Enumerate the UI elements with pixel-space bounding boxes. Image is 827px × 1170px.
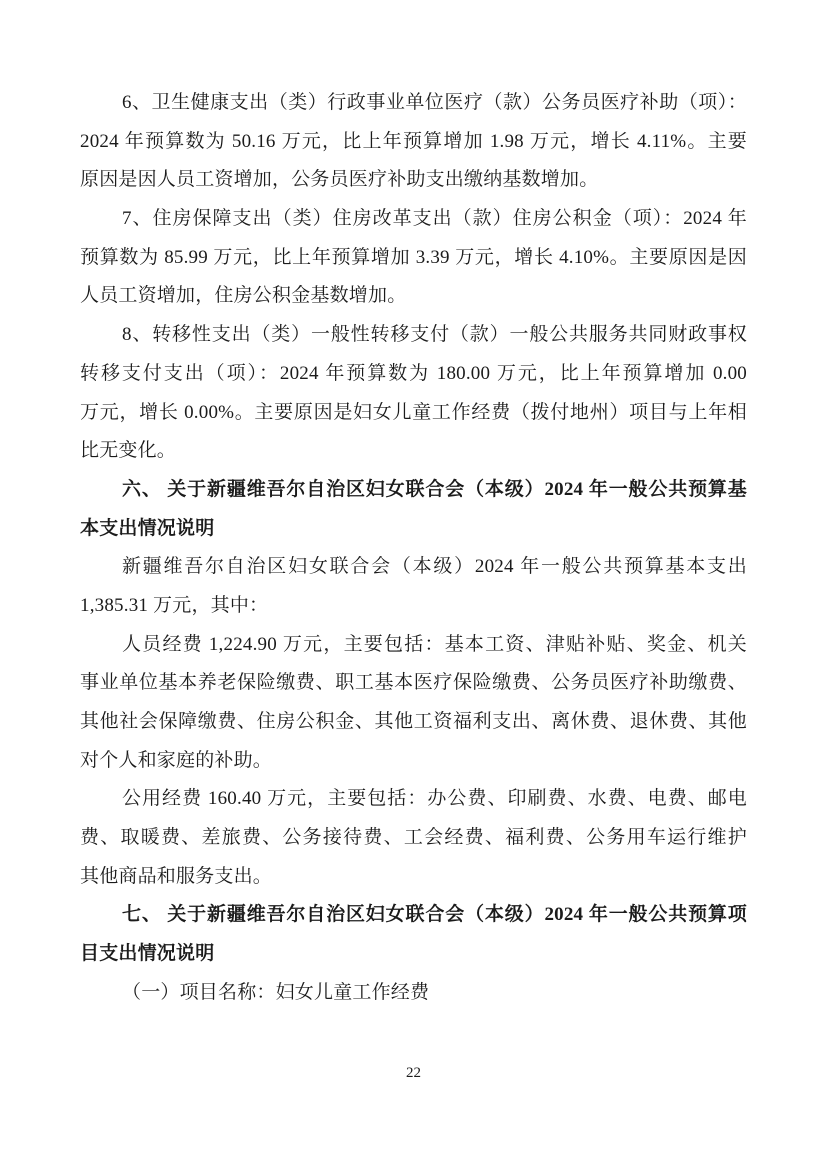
para-public-funds: 公用经费 160.40 万元，主要包括：办公费、印刷费、水费、电费、邮电费、取暖… xyxy=(80,780,747,896)
text-line: 1,385.31 万元，其中： xyxy=(80,587,747,626)
para-6-health-expenditure: 6、卫生健康支出（类）行政事业单位医疗（款）公务员医疗补助（项）：2024 年预… xyxy=(80,84,747,200)
heading-section-7-project-expenditure: 七、 关于新疆维吾尔自治区妇女联合会（本级）2024 年一般公共预算项目支出情况… xyxy=(80,896,747,973)
para-7-housing-expenditure: 7、住房保障支出（类）住房改革支出（款）住房公积金（项）：2024 年预算数为 … xyxy=(80,200,747,316)
text-line: 转移支付支出（项）：2024 年预算数为 180.00 万元，比上年预算增加 0… xyxy=(80,355,747,394)
text-line: 目支出情况说明 xyxy=(80,935,747,974)
para-basic-expenditure-total: 新疆维吾尔自治区妇女联合会（本级）2024 年一般公共预算基本支出1,385.3… xyxy=(80,548,747,625)
para-project-name: （一）项目名称：妇女儿童工作经费 xyxy=(80,974,747,1013)
page-number: 22 xyxy=(406,1065,421,1081)
document-page: 6、卫生健康支出（类）行政事业单位医疗（款）公务员医疗补助（项）：2024 年预… xyxy=(0,0,827,1170)
text-line: 人员经费 1,224.90 万元，主要包括：基本工资、津贴补贴、奖金、机关 xyxy=(80,626,747,665)
text-line: 预算数为 85.99 万元，比上年预算增加 3.39 万元，增长 4.10%。主… xyxy=(80,239,747,278)
text-line: 六、 关于新疆维吾尔自治区妇女联合会（本级）2024 年一般公共预算基 xyxy=(80,471,747,510)
text-line: 8、转移性支出（类）一般性转移支付（款）一般公共服务共同财政事权 xyxy=(80,316,747,355)
document-content: 6、卫生健康支出（类）行政事业单位医疗（款）公务员医疗补助（项）：2024 年预… xyxy=(80,84,747,1013)
para-personnel-funds: 人员经费 1,224.90 万元，主要包括：基本工资、津贴补贴、奖金、机关事业单… xyxy=(80,626,747,781)
text-line: 比无变化。 xyxy=(80,432,747,471)
text-line: 6、卫生健康支出（类）行政事业单位医疗（款）公务员医疗补助（项）： xyxy=(80,84,747,123)
text-line: 其他商品和服务支出。 xyxy=(80,858,747,897)
text-line: 人员工资增加，住房公积金基数增加。 xyxy=(80,277,747,316)
text-line: 万元，增长 0.00%。主要原因是妇女儿童工作经费（拨付地州）项目与上年相 xyxy=(80,394,747,433)
text-line: 七、 关于新疆维吾尔自治区妇女联合会（本级）2024 年一般公共预算项 xyxy=(80,896,747,935)
text-line: 2024 年预算数为 50.16 万元，比上年预算增加 1.98 万元，增长 4… xyxy=(80,123,747,162)
text-line: 原因是因人员工资增加，公务员医疗补助支出缴纳基数增加。 xyxy=(80,161,747,200)
text-line: 7、住房保障支出（类）住房改革支出（款）住房公积金（项）：2024 年 xyxy=(80,200,747,239)
text-line: 其他社会保障缴费、住房公积金、其他工资福利支出、离休费、退休费、其他 xyxy=(80,703,747,742)
text-line: 本支出情况说明 xyxy=(80,510,747,549)
page-footer: 22 xyxy=(0,1064,827,1082)
heading-section-6-basic-expenditure: 六、 关于新疆维吾尔自治区妇女联合会（本级）2024 年一般公共预算基本支出情况… xyxy=(80,471,747,548)
text-line: 对个人和家庭的补助。 xyxy=(80,742,747,781)
text-line: 费、取暖费、差旅费、公务接待费、工会经费、福利费、公务用车运行维护费、 xyxy=(80,819,747,858)
text-line: 公用经费 160.40 万元，主要包括：办公费、印刷费、水费、电费、邮电 xyxy=(80,780,747,819)
para-8-transfer-expenditure: 8、转移性支出（类）一般性转移支付（款）一般公共服务共同财政事权转移支付支出（项… xyxy=(80,316,747,471)
text-line: （一）项目名称：妇女儿童工作经费 xyxy=(80,974,747,1013)
text-line: 新疆维吾尔自治区妇女联合会（本级）2024 年一般公共预算基本支出 xyxy=(80,548,747,587)
text-line: 事业单位基本养老保险缴费、职工基本医疗保险缴费、公务员医疗补助缴费、 xyxy=(80,664,747,703)
